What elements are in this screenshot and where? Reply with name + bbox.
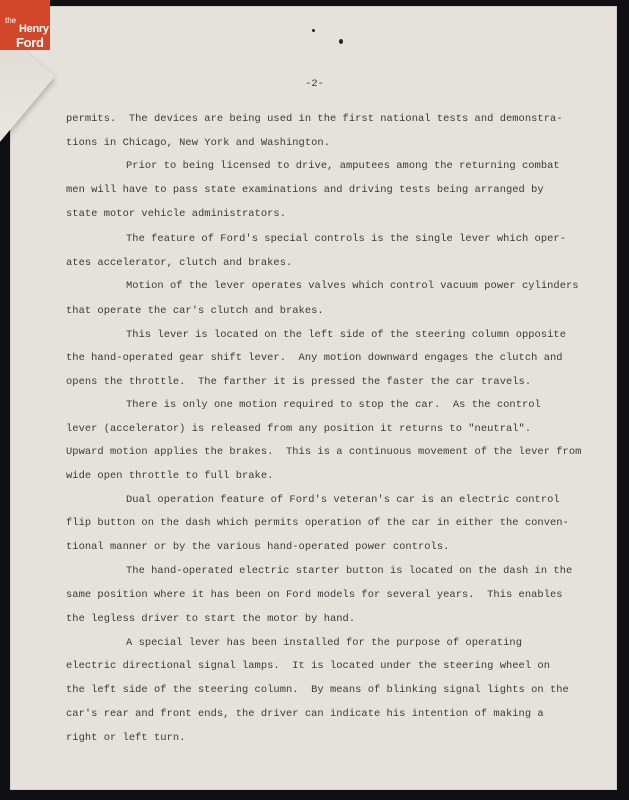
text-line: wide open throttle to full brake. (66, 470, 273, 482)
text-line: Motion of the lever operates valves whic… (126, 280, 579, 292)
text-line: tions in Chicago, New York and Washingto… (66, 137, 330, 149)
logo-ford: Ford (16, 36, 44, 49)
text-line: There is only one motion required to sto… (126, 399, 541, 411)
text-line: same position where it has been on Ford … (66, 589, 563, 601)
logo-henry: Henry (19, 24, 49, 35)
text-line: Prior to being licensed to drive, ampute… (126, 160, 560, 172)
text-line: men will have to pass state examinations… (66, 184, 544, 196)
text-line: ates accelerator, clutch and brakes. (66, 257, 292, 269)
text-line: state motor vehicle administrators. (66, 208, 286, 220)
text-line: permits. The devices are being used in t… (66, 113, 563, 125)
text-line: The hand-operated electric starter butto… (126, 565, 572, 577)
text-line: lever (accelerator) is released from any… (66, 423, 531, 435)
text-line: opens the throttle. The farther it is pr… (66, 376, 531, 388)
logo-the: the (5, 17, 16, 25)
text-line: This lever is located on the left side o… (126, 329, 566, 341)
text-line: The feature of Ford's special controls i… (126, 233, 566, 245)
text-line: tional manner or by the various hand-ope… (66, 541, 449, 553)
text-line: Dual operation feature of Ford's veteran… (126, 494, 560, 506)
the-henry-ford-logo: the Henry Ford (0, 0, 50, 50)
text-line: Upward motion applies the brakes. This i… (66, 446, 581, 458)
text-line: A special lever has been installed for t… (126, 637, 522, 649)
document-text: -2- permits. The devices are being used … (0, 0, 629, 800)
text-line: the hand-operated gear shift lever. Any … (66, 352, 563, 364)
text-line: that operate the car's clutch and brakes… (66, 305, 324, 317)
text-line: the left side of the steering column. By… (66, 684, 569, 696)
page-number: -2- (0, 78, 629, 90)
text-line: the legless driver to start the motor by… (66, 613, 355, 625)
text-line: flip button on the dash which permits op… (66, 517, 569, 529)
text-line: right or left turn. (66, 732, 185, 744)
text-line: car's rear and front ends, the driver ca… (66, 708, 544, 720)
text-line: electric directional signal lamps. It is… (66, 660, 550, 672)
